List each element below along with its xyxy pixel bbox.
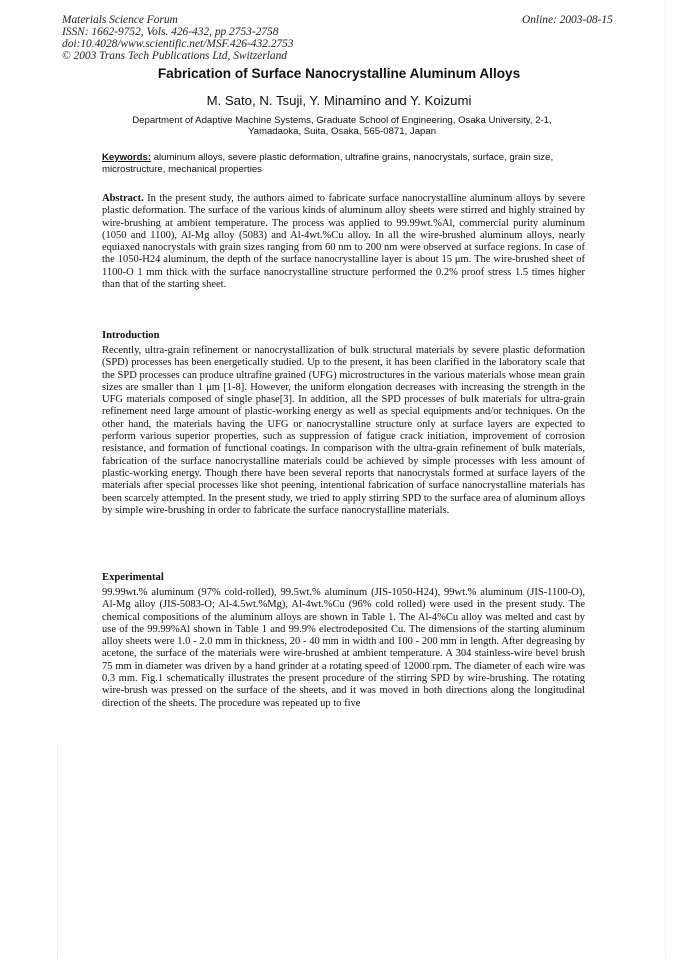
publication-info: Materials Science Forum ISSN: 1662-9752,… [62,14,294,62]
affiliation-line-2: Yamadaoka, Suita, Osaka, 565-0871, Japan [92,126,592,137]
scan-artifact-left [57,745,59,959]
affiliation: Department of Adaptive Machine Systems, … [92,115,592,137]
online-date: Online: 2003-08-15 [522,14,613,26]
section-heading-experimental: Experimental [102,572,164,583]
keywords-list: aluminum alloys, severe plastic deformat… [102,152,553,175]
section-text-experimental: 99.99wt.% aluminum (97% cold-rolled), 99… [102,587,585,710]
section-heading-introduction: Introduction [102,330,160,341]
abstract-text: In the present study, the authors aimed … [102,193,585,290]
paper-authors: M. Sato, N. Tsuji, Y. Minamino and Y. Ko… [0,93,678,108]
section-text-introduction: Recently, ultra-grain refinement or nano… [102,345,585,517]
doi: doi:10.4028/www.scientific.net/MSF.426-4… [62,38,294,50]
issn-volume: ISSN: 1662-9752, Vols. 426-432, pp 2753-… [62,26,294,38]
affiliation-line-1: Department of Adaptive Machine Systems, … [92,115,592,126]
abstract-label: Abstract. [102,193,144,204]
abstract: Abstract. In the present study, the auth… [102,193,585,291]
journal-name: Materials Science Forum [62,14,294,26]
keywords: Keywords: aluminum alloys, severe plasti… [102,152,582,175]
keywords-label: Keywords: [102,152,151,163]
copyright: © 2003 Trans Tech Publications Ltd, Swit… [62,50,294,62]
paper-title: Fabrication of Surface Nanocrystalline A… [0,66,678,81]
scan-artifact-right [665,0,667,959]
